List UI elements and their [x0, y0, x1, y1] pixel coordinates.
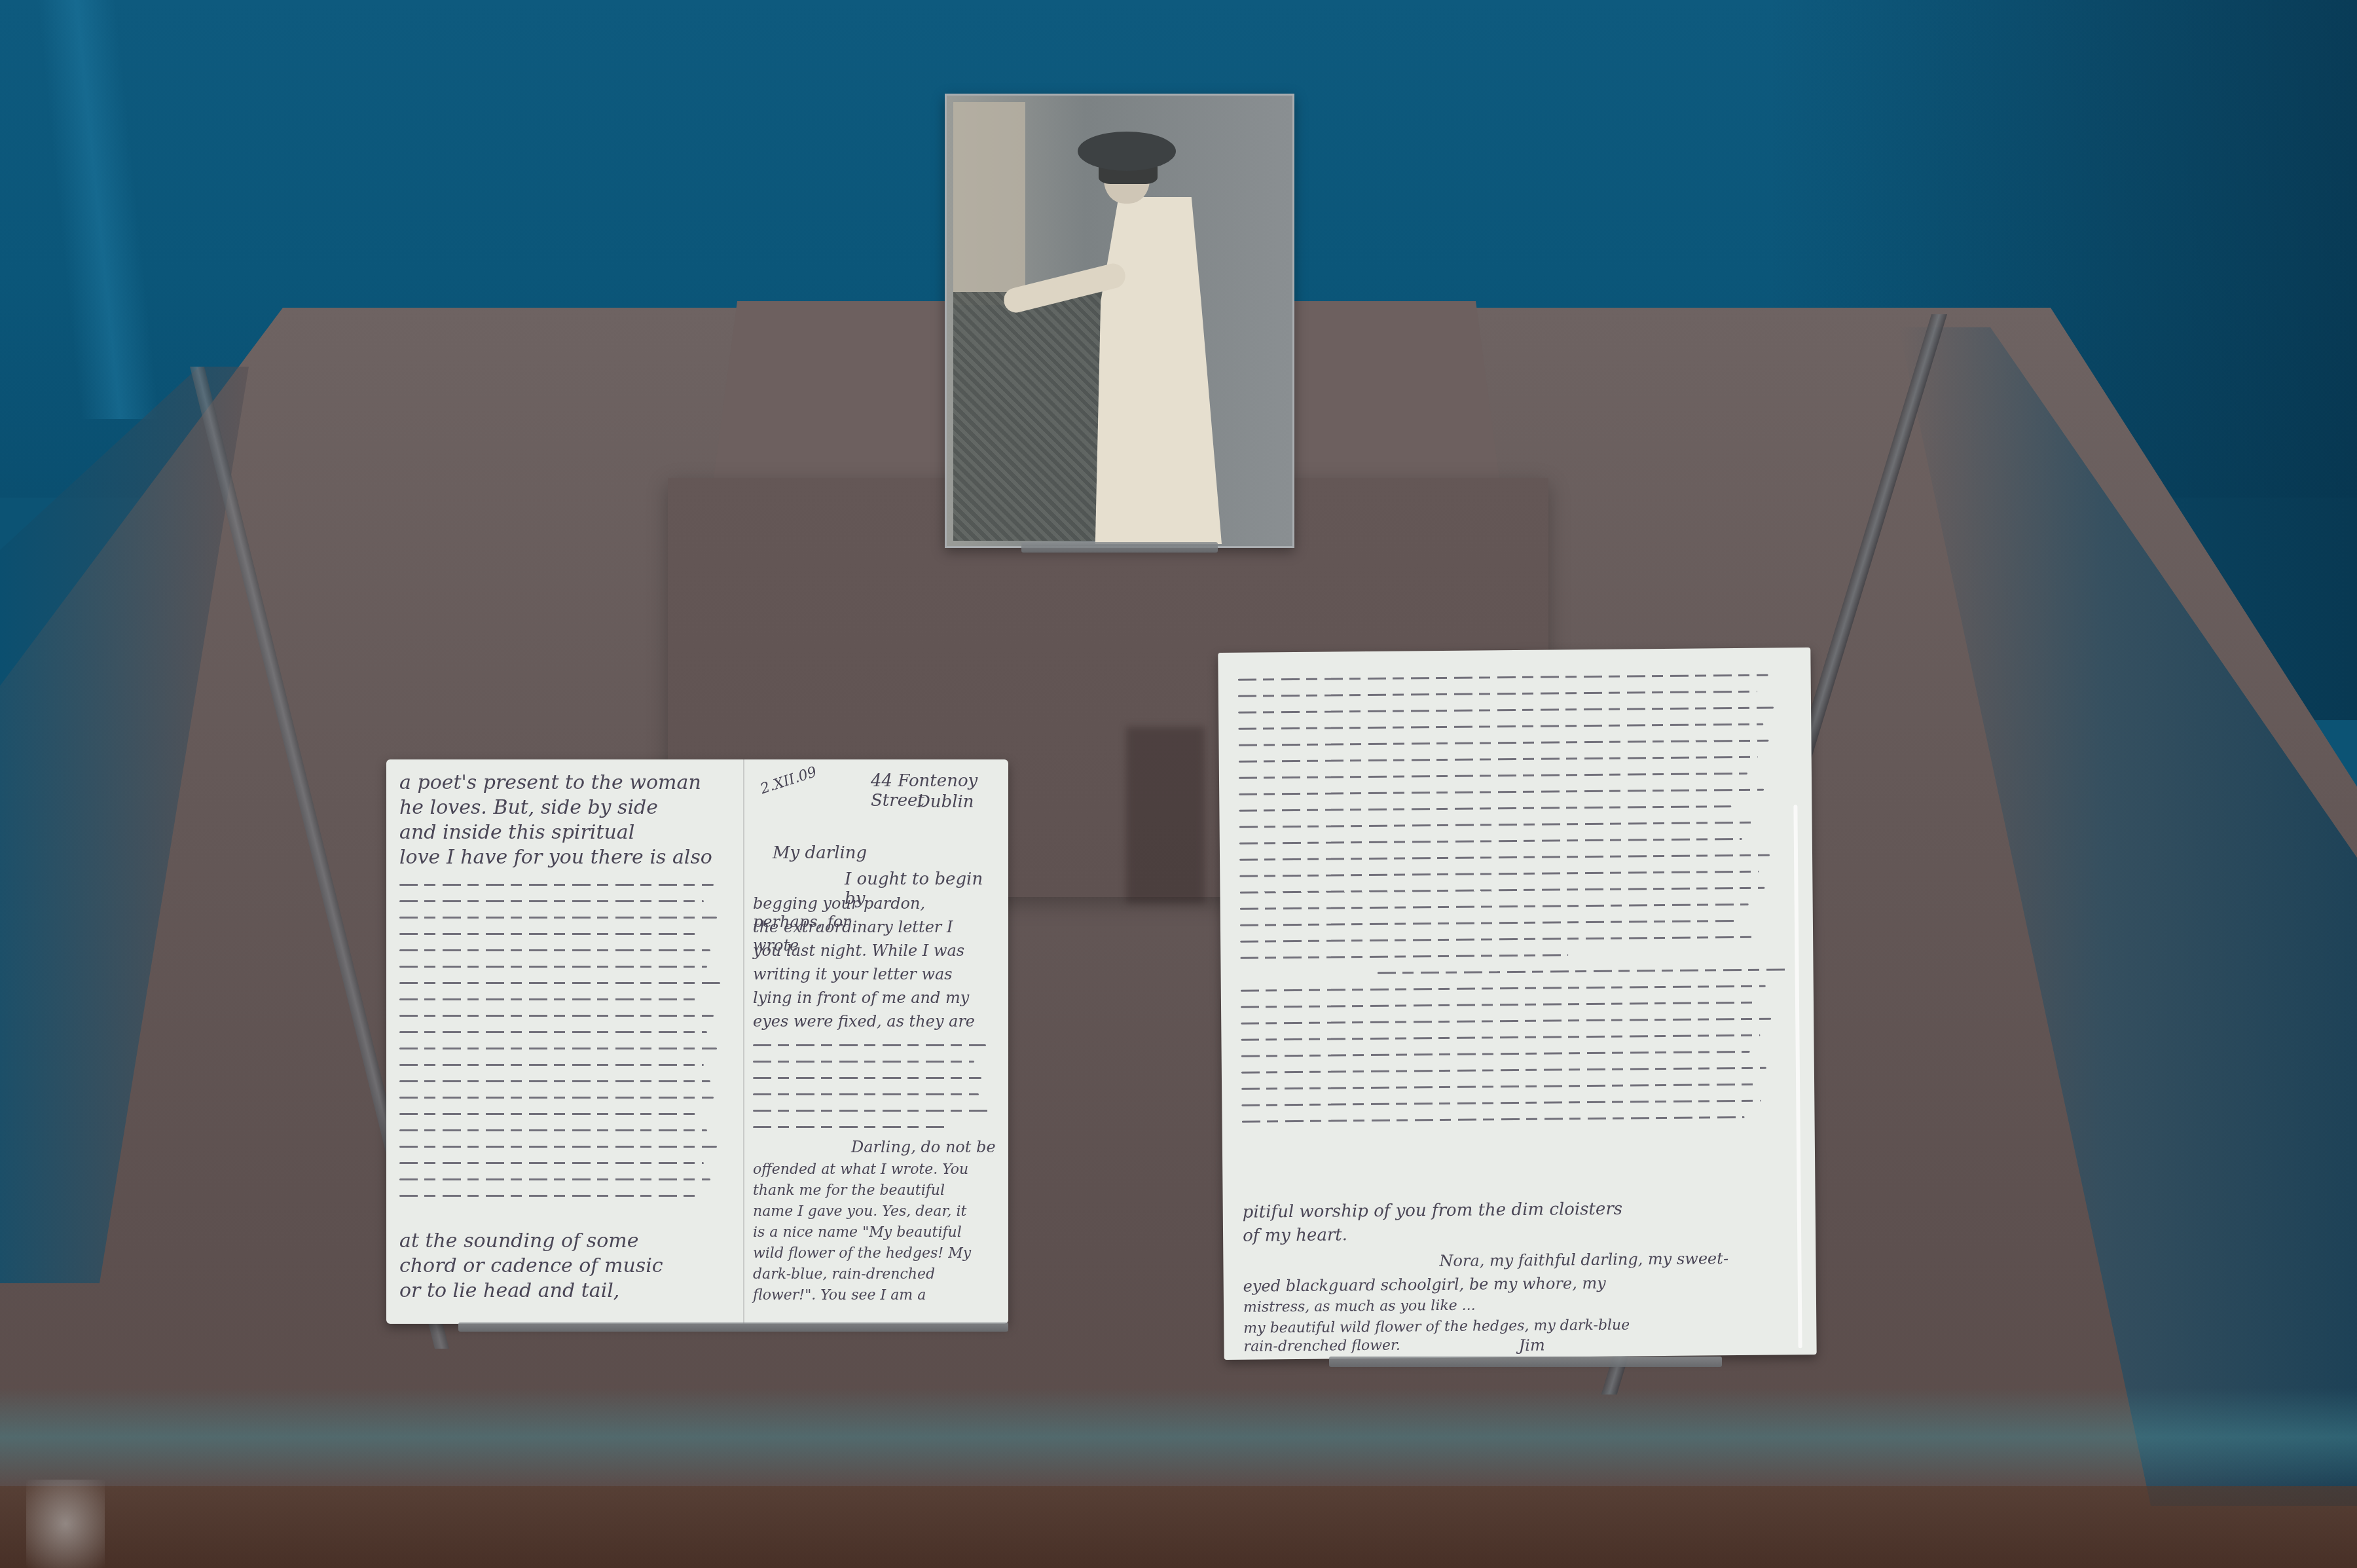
handwritten-line: lying in front of me and my [753, 989, 969, 1007]
handwritten-line: chord or cadence of music [399, 1254, 663, 1277]
photo-chair [953, 292, 1104, 541]
plinth-shadow [1126, 727, 1205, 903]
handwriting-body [753, 1030, 998, 1128]
date-note: 2.XII.09 [758, 764, 818, 797]
handwritten-line: flower!". You see I am a [753, 1287, 926, 1304]
handwritten-line: mistress, as much as you like ... [1243, 1298, 1476, 1316]
letter-left: a poet's present to the woman he loves. … [386, 759, 1008, 1324]
handwritten-line: is a nice name "My beautiful [753, 1224, 962, 1241]
salutation: My darling [773, 843, 867, 863]
handwritten-line: offended at what I wrote. You [753, 1161, 968, 1178]
letter-left-stand [458, 1322, 1008, 1332]
handwritten-line: writing it your letter was [753, 965, 953, 983]
portrait-photograph [945, 94, 1294, 548]
display-case-scene: a poet's present to the woman he loves. … [0, 0, 2357, 1568]
handwritten-line: of my heart. [1243, 1225, 1347, 1245]
handwritten-line: my beautiful wild flower of the hedges, … [1243, 1317, 1630, 1337]
letter-left-page-2: 2.XII.09 44 Fontenoy Street Dublin My da… [753, 771, 998, 1312]
handwriting-body [399, 869, 730, 1197]
letter-right: pitiful worship of you from the dim cloi… [1218, 647, 1816, 1360]
letter-right-stand [1329, 1357, 1722, 1367]
handwritten-line: and inside this spiritual [399, 821, 634, 844]
handwritten-line: he loves. But, side by side [399, 796, 658, 819]
handwritten-line: you last night. While I was [753, 941, 964, 960]
handwritten-line: pitiful worship of you from the dim cloi… [1243, 1199, 1623, 1222]
handwritten-line: Nora, my faithful darling, my sweet- [1439, 1249, 1728, 1270]
letter-fold [743, 759, 744, 1324]
glass-glare [1793, 805, 1802, 1348]
case-base [0, 1486, 2357, 1568]
handwritten-line: or to lie head and tail, [399, 1279, 619, 1302]
handwriting-body [1237, 659, 1788, 1122]
glass-highlight [26, 1480, 105, 1568]
letter-right-page: pitiful worship of you from the dim cloi… [1237, 659, 1790, 1347]
handwritten-line: thank me for the beautiful [753, 1182, 945, 1199]
handwritten-line: rain-drenched flower. [1243, 1338, 1400, 1355]
handwritten-line: eyed blackguard schoolgirl, be my whore,… [1243, 1274, 1606, 1296]
photo-stand [1021, 542, 1218, 553]
handwritten-line: Darling, do not be [851, 1138, 996, 1156]
signature: Jim [1518, 1336, 1544, 1355]
letter-left-page-1: a poet's present to the woman he loves. … [399, 771, 737, 1312]
handwritten-line: wild flower of the hedges! My [753, 1245, 971, 1262]
handwritten-line: a poet's present to the woman [399, 771, 701, 794]
handwritten-line: dark-blue, rain-drenched [753, 1266, 935, 1283]
photo-hat [1078, 132, 1176, 171]
handwritten-line: at the sounding of some [399, 1230, 638, 1252]
photo-window [953, 102, 1025, 305]
address-city: Dublin [917, 792, 974, 812]
glass-reflection [0, 1388, 2357, 1486]
handwritten-line: eyes were fixed, as they are [753, 1012, 975, 1030]
handwritten-line: love I have for you there is also [399, 846, 712, 869]
handwritten-line: name I gave you. Yes, dear, it [753, 1203, 966, 1220]
